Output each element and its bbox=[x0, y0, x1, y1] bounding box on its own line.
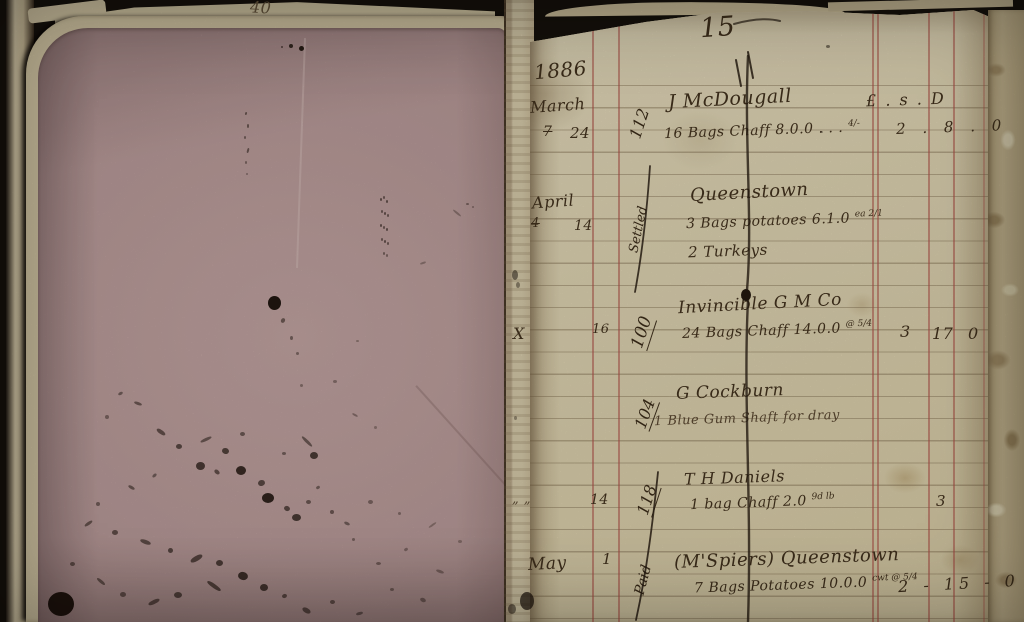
left-blotting-page bbox=[38, 28, 506, 622]
amount-shillings: 17 bbox=[932, 324, 953, 343]
year-label: 1886 bbox=[533, 56, 588, 85]
amount-pounds: 3 bbox=[900, 322, 911, 341]
paper-crease bbox=[296, 38, 306, 268]
margin-mark: X bbox=[513, 324, 525, 343]
page-number: 15 bbox=[699, 11, 736, 44]
day-label: 1 bbox=[602, 550, 612, 568]
rate-note: 9d lb bbox=[811, 491, 834, 502]
entry-title: T H Daniels bbox=[684, 466, 785, 489]
rate-note: @ 5/4 bbox=[846, 319, 873, 330]
rate-note: 4/- bbox=[848, 119, 860, 129]
day-label: 24 bbox=[570, 124, 590, 142]
ditto-mark: „ „ bbox=[512, 492, 531, 507]
entry-item: 2 Turkeys bbox=[688, 241, 768, 262]
gutter-torn-edge bbox=[504, 0, 534, 622]
red-rule-vertical bbox=[983, 0, 985, 622]
ledger-photo: 40 15 1886 £ . s . D March 7 24 112 J Mc… bbox=[0, 0, 1024, 622]
page-edge-behind-right-2 bbox=[828, 0, 1013, 11]
month-label: May bbox=[528, 553, 568, 575]
back-page-number: 40 bbox=[250, 0, 272, 18]
worn-page-edges bbox=[988, 10, 1024, 622]
entry-title: G Cockburn bbox=[676, 380, 785, 404]
cancelled-day: 4 bbox=[531, 216, 540, 231]
month-label: April bbox=[531, 191, 574, 213]
month-label: March bbox=[529, 94, 586, 117]
currency-columns-header: £ . s . D bbox=[866, 89, 946, 111]
cancelled-day: 7 bbox=[543, 124, 552, 140]
red-rule-vertical bbox=[618, 0, 620, 622]
day-label: 14 bbox=[590, 492, 609, 508]
red-rule-vertical bbox=[592, 0, 594, 622]
day-label: 16 bbox=[592, 322, 610, 337]
horizontal-rules bbox=[530, 64, 992, 622]
amount-pence: 0 bbox=[968, 324, 979, 343]
amount-shillings: 3 bbox=[936, 492, 946, 510]
red-rule-vertical bbox=[953, 0, 955, 622]
day-label: 14 bbox=[574, 218, 593, 234]
rate-note: ea 2/1 bbox=[855, 209, 883, 220]
